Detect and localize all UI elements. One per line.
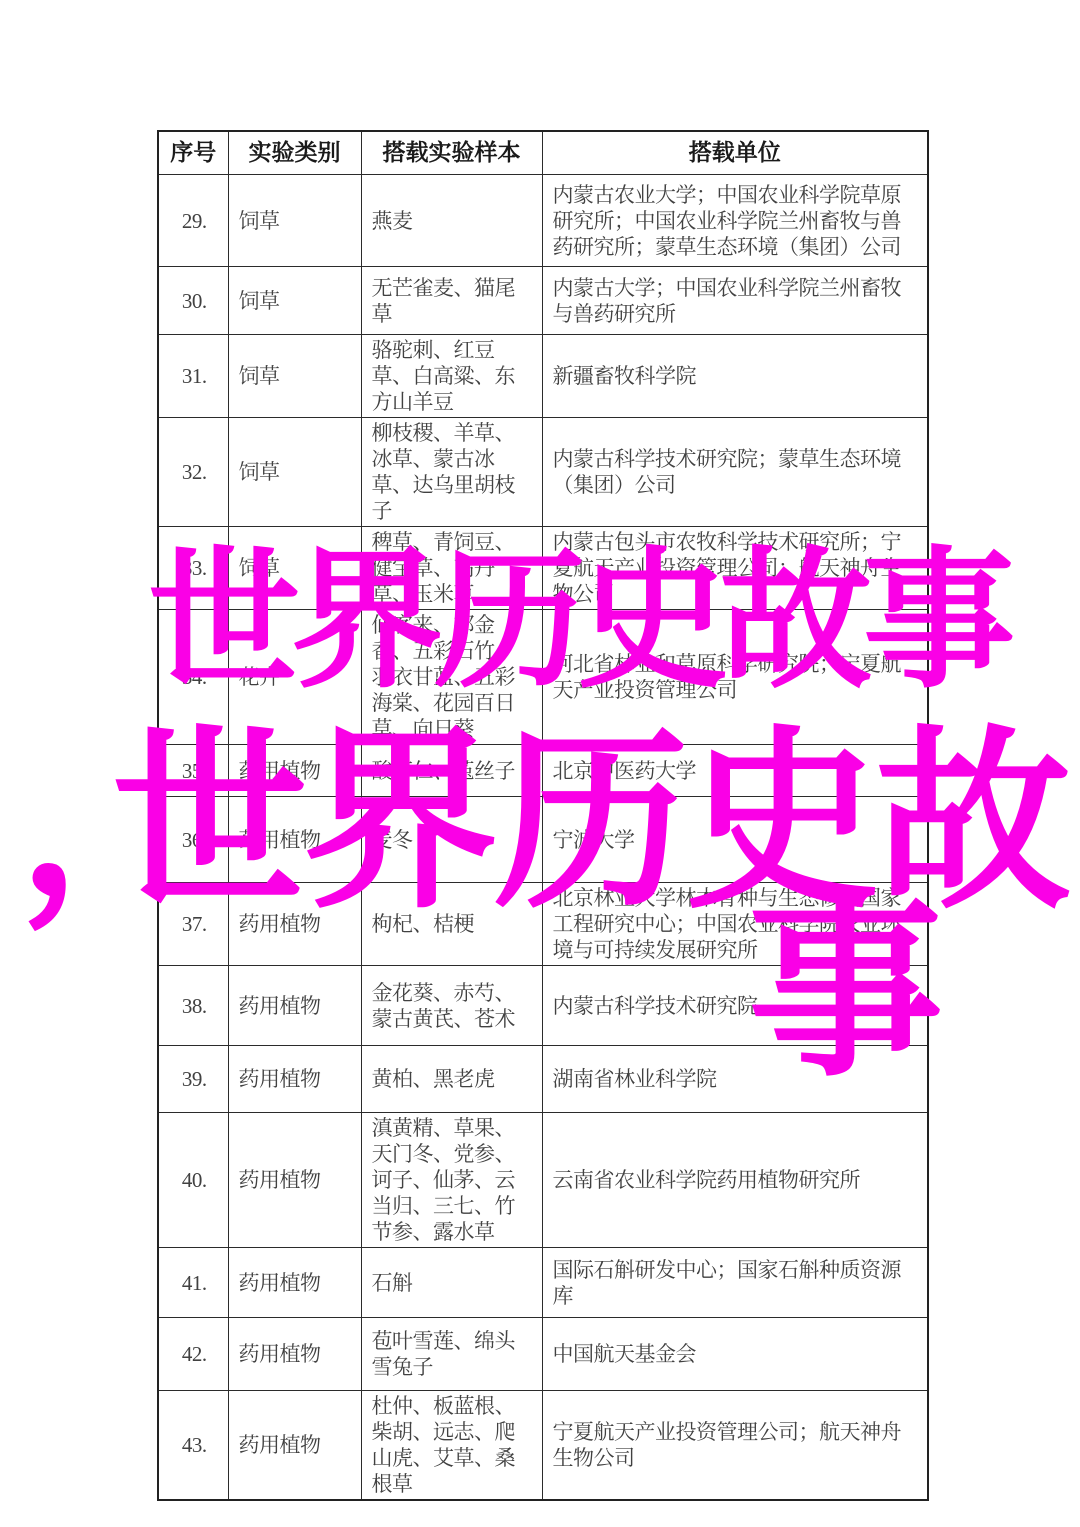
cell-sample: 滇黄精、草果、天门冬、党参、诃子、仙茅、云当归、三七、竹节参、露水草: [361, 1113, 542, 1248]
cell-serial: 32.: [158, 418, 228, 527]
cell-serial: 43.: [158, 1391, 228, 1501]
cell-serial: 29.: [158, 175, 228, 267]
table-row: 41. 药用植物 石斛 国际石斛研发中心；国家石斛种质资源库: [158, 1248, 928, 1318]
cell-category: 药用植物: [228, 1248, 361, 1318]
cell-category: 饲草: [228, 267, 361, 335]
cell-category: 饲草: [228, 418, 361, 527]
cell-unit: 国际石斛研发中心；国家石斛种质资源库: [542, 1248, 928, 1318]
document-page: 序号 实验类别 搭载实验样本 搭载单位 29. 饲草 燕麦 内蒙古农业大学；中国…: [0, 0, 1080, 1527]
cell-sample: 无芒雀麦、猫尾草: [361, 267, 542, 335]
cell-sample: 苞叶雪莲、绵头雪兔子: [361, 1318, 542, 1391]
cell-serial: 38.: [158, 966, 228, 1046]
cell-category: 药用植物: [228, 1391, 361, 1501]
cell-serial: 41.: [158, 1248, 228, 1318]
watermark-text-line3: 事: [748, 892, 943, 1087]
col-header-sample: 搭载实验样本: [361, 131, 542, 175]
cell-category: 药用植物: [228, 1113, 361, 1248]
col-header-category: 实验类别: [228, 131, 361, 175]
cell-serial: 40.: [158, 1113, 228, 1248]
col-header-unit: 搭载单位: [542, 131, 928, 175]
table-row: 40. 药用植物 滇黄精、草果、天门冬、党参、诃子、仙茅、云当归、三七、竹节参、…: [158, 1113, 928, 1248]
table-header-row: 序号 实验类别 搭载实验样本 搭载单位: [158, 131, 928, 175]
cell-sample: 燕麦: [361, 175, 542, 267]
cell-category: 药用植物: [228, 1046, 361, 1113]
cell-unit: 新疆畜牧科学院: [542, 335, 928, 418]
cell-unit: 内蒙古科学技术研究院；蒙草生态环境（集团）公司: [542, 418, 928, 527]
cell-unit: 内蒙古大学；中国农业科学院兰州畜牧与兽药研究所: [542, 267, 928, 335]
col-header-serial: 序号: [158, 131, 228, 175]
cell-sample: 杜仲、板蓝根、柴胡、远志、爬山虎、艾草、桑根草: [361, 1391, 542, 1501]
cell-sample: 骆驼刺、红豆草、白高粱、东方山羊豆: [361, 335, 542, 418]
cell-unit: 宁夏航天产业投资管理公司；航天神舟生物公司: [542, 1391, 928, 1501]
table-row: 29. 饲草 燕麦 内蒙古农业大学；中国农业科学院草原研究所；中国农业科学院兰州…: [158, 175, 928, 267]
cell-serial: 31.: [158, 335, 228, 418]
table-row: 43. 药用植物 杜仲、板蓝根、柴胡、远志、爬山虎、艾草、桑根草 宁夏航天产业投…: [158, 1391, 928, 1501]
cell-category: 饲草: [228, 335, 361, 418]
cell-serial: 39.: [158, 1046, 228, 1113]
cell-category: 药用植物: [228, 1318, 361, 1391]
cell-sample: 黄柏、黑老虎: [361, 1046, 542, 1113]
cell-sample: 石斛: [361, 1248, 542, 1318]
cell-serial: 30.: [158, 267, 228, 335]
table-row: 42. 药用植物 苞叶雪莲、绵头雪兔子 中国航天基金会: [158, 1318, 928, 1391]
cell-unit: 内蒙古农业大学；中国农业科学院草原研究所；中国农业科学院兰州畜牧与兽药研究所；蒙…: [542, 175, 928, 267]
table-row: 30. 饲草 无芒雀麦、猫尾草 内蒙古大学；中国农业科学院兰州畜牧与兽药研究所: [158, 267, 928, 335]
cell-sample: 柳枝稷、羊草、冰草、蒙古冰草、达乌里胡枝子: [361, 418, 542, 527]
watermark-text-line1: 世界历史故事: [148, 545, 1006, 697]
cell-sample: 金花葵、赤芍、蒙古黄芪、苍术: [361, 966, 542, 1046]
cell-unit: 中国航天基金会: [542, 1318, 928, 1391]
cell-category: 药用植物: [228, 966, 361, 1046]
table-row: 32. 饲草 柳枝稷、羊草、冰草、蒙古冰草、达乌里胡枝子 内蒙古科学技术研究院；…: [158, 418, 928, 527]
cell-unit: 云南省农业科学院药用植物研究所: [542, 1113, 928, 1248]
cell-category: 饲草: [228, 175, 361, 267]
table-row: 31. 饲草 骆驼刺、红豆草、白高粱、东方山羊豆 新疆畜牧科学院: [158, 335, 928, 418]
cell-serial: 42.: [158, 1318, 228, 1391]
